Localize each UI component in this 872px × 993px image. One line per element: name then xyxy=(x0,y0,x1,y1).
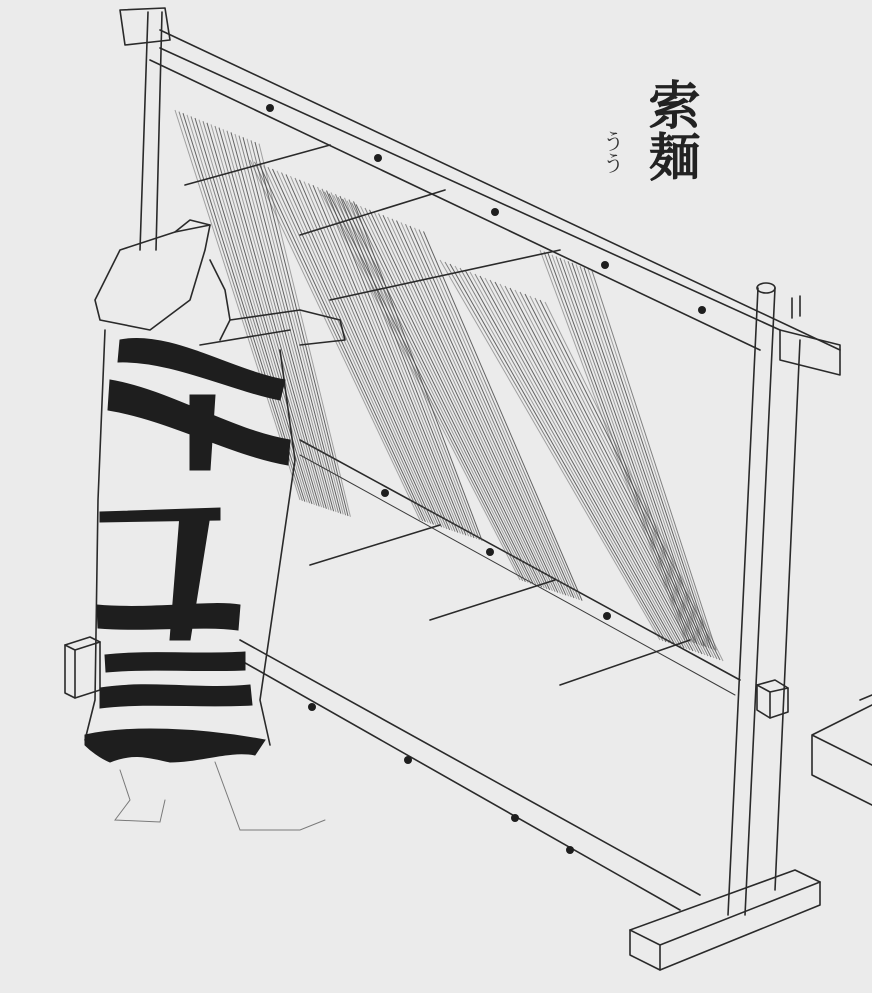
right-post xyxy=(728,283,800,915)
left-post xyxy=(140,12,162,250)
title-calligraphy: 索麺 xyxy=(628,78,698,182)
bench-fragment xyxy=(812,695,872,805)
person-figure xyxy=(85,220,345,830)
reading-annotation: うう xyxy=(598,130,624,174)
base-foot xyxy=(630,870,820,970)
noodle-sticks xyxy=(185,145,690,685)
lower-beam-pegs xyxy=(308,489,611,854)
illustration-canvas: 索麺 うう xyxy=(0,0,872,993)
noodle-frame-drawing xyxy=(0,0,872,993)
upper-beam xyxy=(120,8,840,375)
